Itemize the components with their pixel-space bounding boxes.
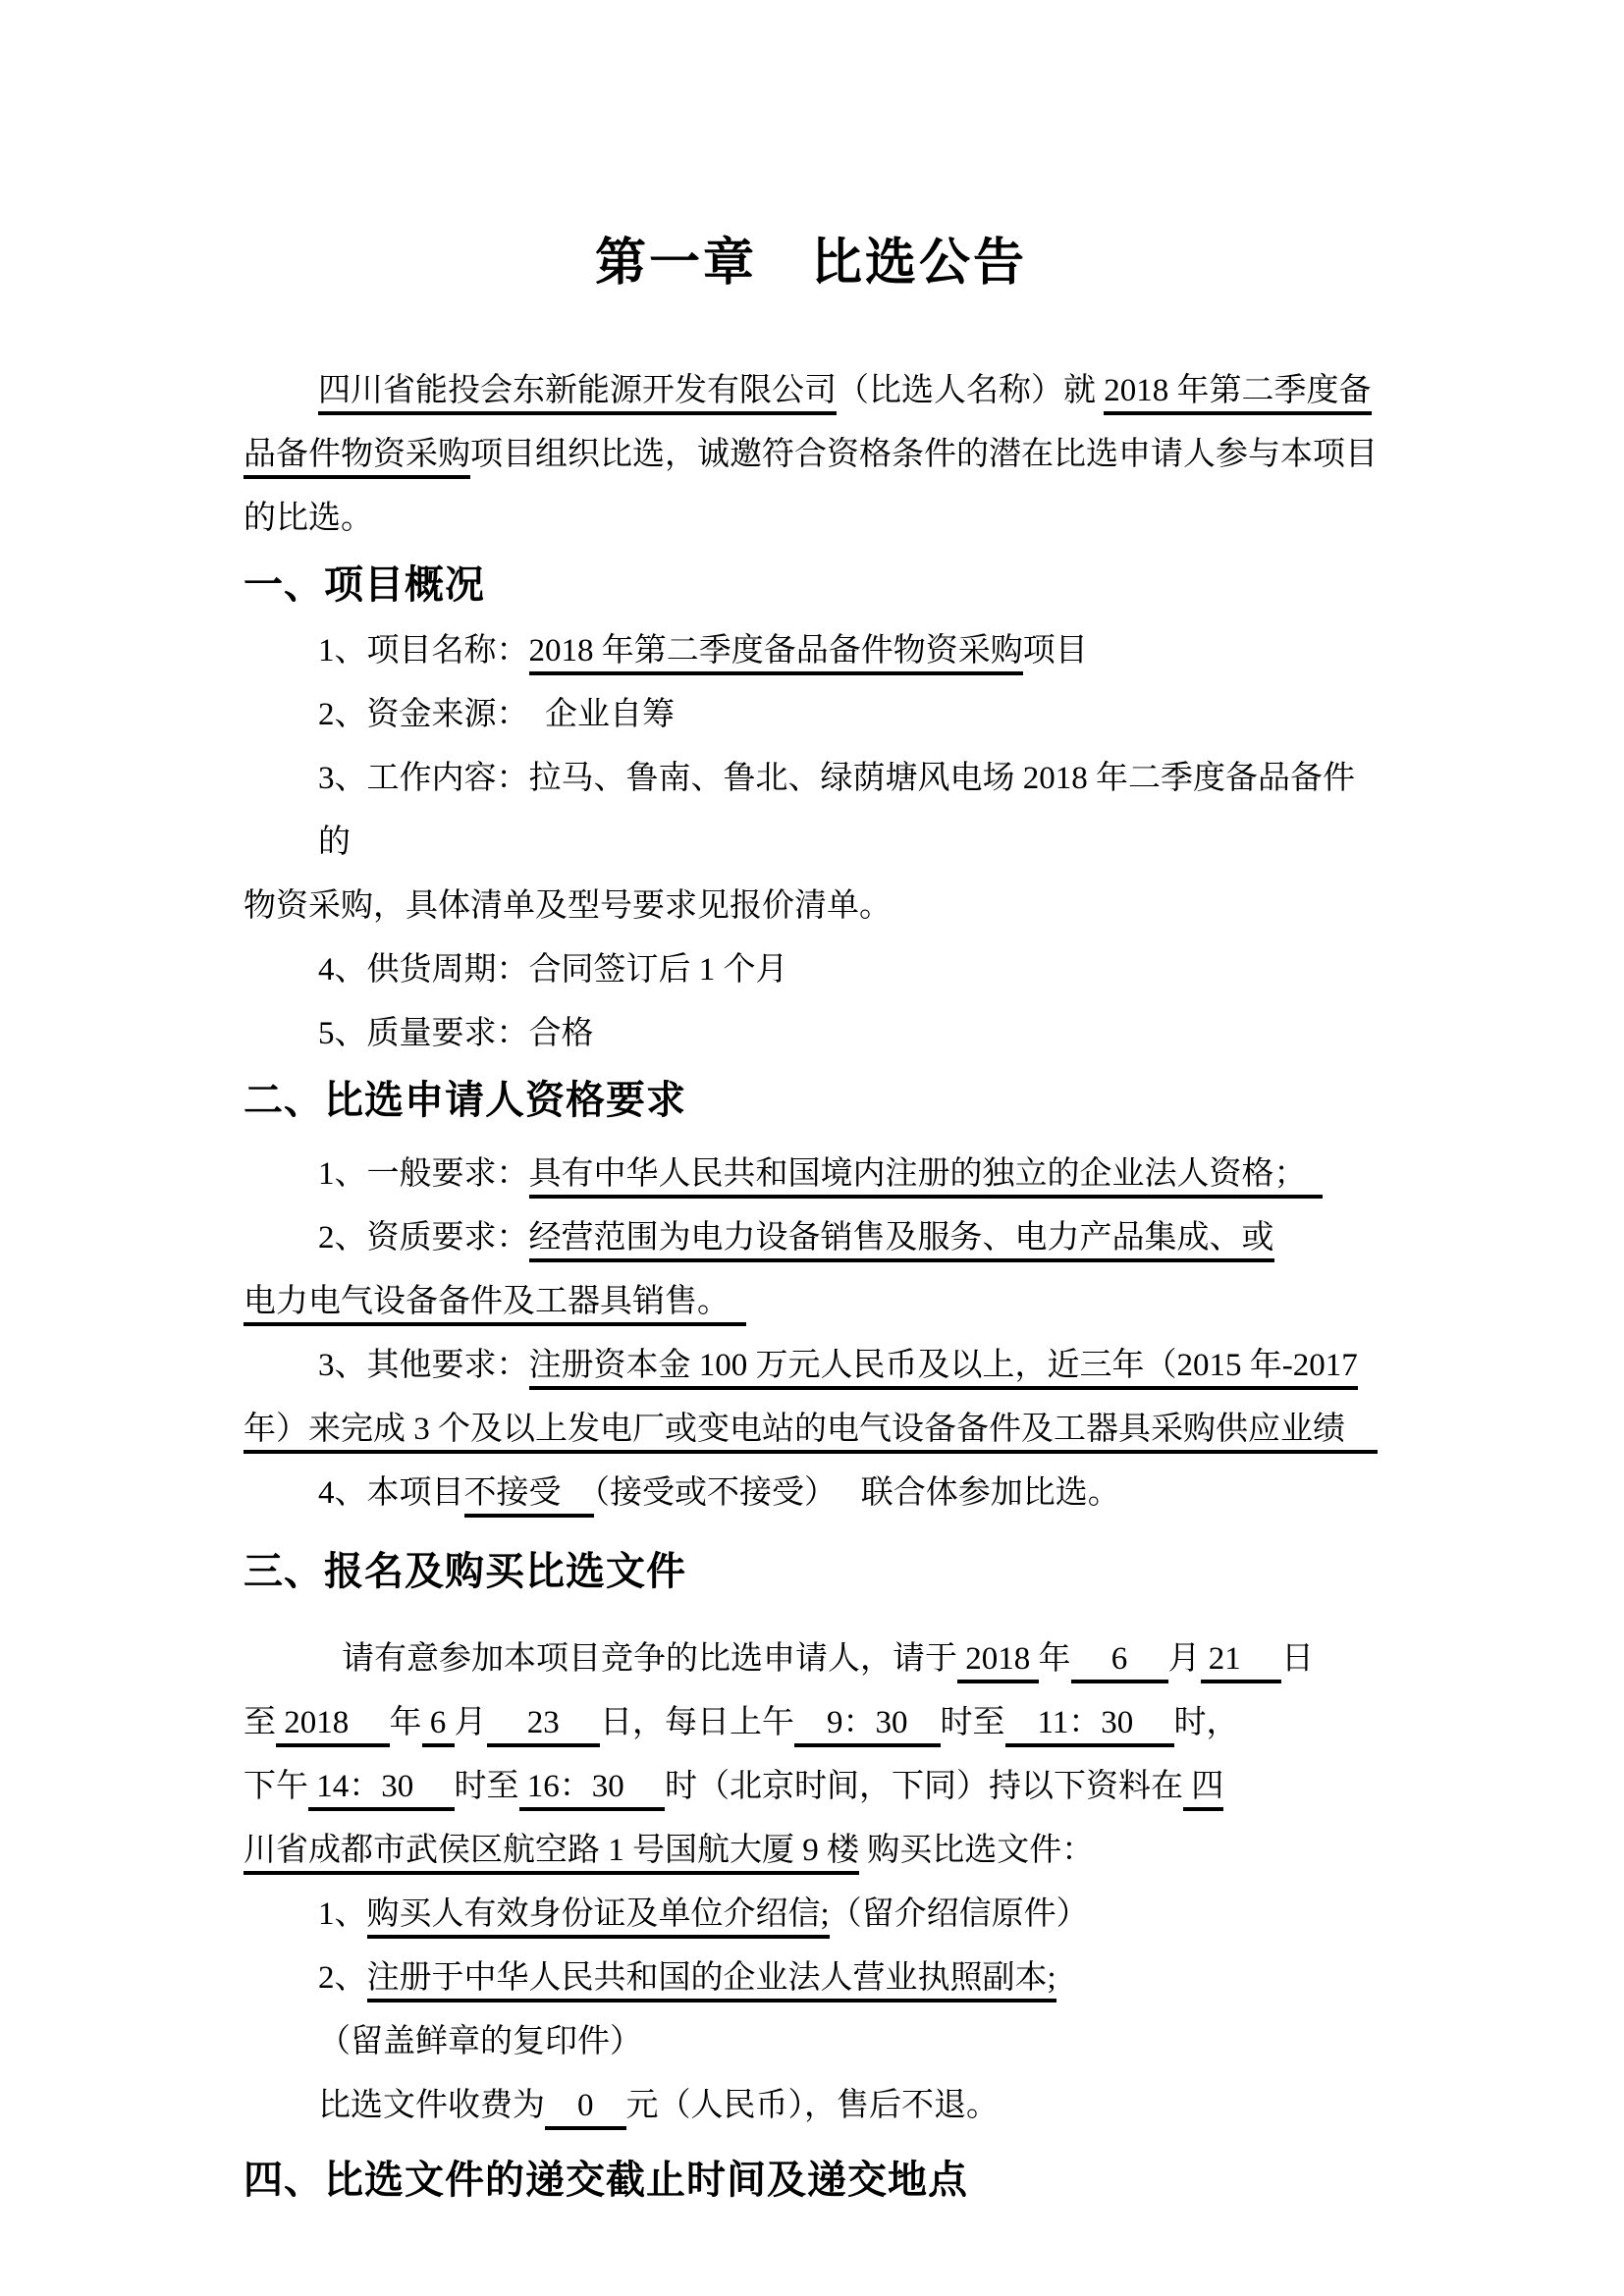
text-segment: 4、本项目 xyxy=(318,1475,464,1511)
text-segment: 月 xyxy=(455,1705,487,1740)
text-line: 川省成都市武侯区航空路 1 号国航大厦 9 楼 购买比选文件： xyxy=(244,1819,1379,1883)
text-segment: 物资采购，具体清单及型号要求见报价清单。 xyxy=(244,888,892,924)
text-segment: 元（人民币），售后不退。 xyxy=(626,2088,1000,2123)
text-line: 电力电气设备备件及工器具销售。 xyxy=(244,1270,1379,1334)
underlined-text: 2018 xyxy=(957,1641,1039,1683)
text-segment: 3、工作内容：拉马、鲁南、鲁北、绿荫塘风电场 2018 年二季度备品备件的 xyxy=(318,761,1355,860)
text-segment: 1、 xyxy=(318,1896,367,1932)
text-line: 1、购买人有效身份证及单位介绍信;（留介绍信原件） xyxy=(244,1883,1379,1947)
underlined-text: 四 xyxy=(1183,1769,1223,1811)
underlined-text: 9：30 xyxy=(794,1705,941,1747)
text-segment: （留介绍信原件） xyxy=(830,1896,1089,1932)
text-segment: 日 xyxy=(1281,1641,1314,1677)
underlined-text: 2018 xyxy=(276,1705,390,1747)
underlined-text: 电力电气设备备件及工器具销售。 xyxy=(244,1284,746,1326)
text-segment: 下午 xyxy=(244,1769,308,1804)
underlined-text: 四川省能投会东新能源开发有限公司 xyxy=(318,373,837,415)
underlined-text: 6 xyxy=(1071,1641,1168,1683)
text-line: 年）来完成 3 个及以上发电厂或变电站的电气设备备件及工器具采购供应业绩 xyxy=(244,1398,1379,1462)
text-line: 4、本项目不接受 （接受或不接受） 联合体参加比选。 xyxy=(244,1462,1379,1525)
text-line: 比选文件收费为 0 元（人民币），售后不退。 xyxy=(244,2074,1379,2138)
text-segment: 请有意参加本项目竞争的比选申请人，请于 xyxy=(342,1641,957,1677)
text-segment: 比选文件收费为 xyxy=(318,2088,545,2123)
text-segment: 时至 xyxy=(455,1769,519,1804)
text-segment: 年 xyxy=(1039,1641,1071,1677)
text-segment: 时（北京时间，下同）持以下资料在 xyxy=(665,1769,1183,1804)
text-segment: 1、一般要求： xyxy=(318,1156,529,1192)
underlined-text: 23 xyxy=(487,1705,601,1747)
underlined-text: 11：30 xyxy=(1005,1705,1174,1747)
text-segment: 购买比选文件： xyxy=(859,1833,1094,1868)
text-line: 1、一般要求：具有中华人民共和国境内注册的独立的企业法人资格； xyxy=(244,1143,1379,1206)
underlined-text: 14：30 xyxy=(308,1769,455,1811)
text-line: 3、其他要求：注册资本金 100 万元人民币及以上，近三年（2015 年-201… xyxy=(244,1334,1379,1398)
document-title: 第一章 比选公告 xyxy=(244,234,1379,294)
section-heading: 四、比选文件的递交截止时间及递交地点 xyxy=(244,2146,1379,2215)
text-segment: 项目 xyxy=(1023,633,1088,668)
section-heading: 一、项目概况 xyxy=(244,551,1379,619)
text-line: 2、资金来源： 企业自筹 xyxy=(244,683,1379,747)
text-line: 至 2018 年 6 月 23 日，每日上午 9：30 时至 11：30 时， xyxy=(244,1691,1379,1755)
section-heading: 二、比选申请人资格要求 xyxy=(244,1066,1379,1135)
underlined-text: 具有中华人民共和国境内注册的独立的企业法人资格； xyxy=(529,1156,1324,1199)
underlined-text: 6 xyxy=(422,1705,455,1747)
text-line: 5、质量要求：合格 xyxy=(244,1002,1379,1066)
text-line: 下午 14：30 时至 16：30 时（北京时间，下同）持以下资料在 四 xyxy=(244,1755,1379,1819)
text-line: 4、供货周期：合同签订后 1 个月 xyxy=(244,938,1379,1002)
text-line: 2、注册于中华人民共和国的企业法人营业执照副本;（留盖鲜章的复印件） xyxy=(244,1947,1379,2074)
underlined-text: 购买人有效身份证及单位介绍信; xyxy=(367,1896,830,1939)
underlined-text: 川省成都市武侯区航空路 1 号国航大厦 9 楼 xyxy=(244,1833,859,1875)
text-line: 请有意参加本项目竞争的比选申请人，请于 2018 年 6 月 21 日 xyxy=(244,1628,1379,1691)
underlined-text: 经营范围为电力设备销售及服务、电力产品集成、或 xyxy=(529,1220,1274,1262)
text-line: 品备件物资采购项目组织比选，诚邀符合资格条件的潜在比选申请人参与本项目 xyxy=(244,423,1379,487)
text-segment: 4、供货周期：合同签订后 1 个月 xyxy=(318,952,788,988)
underlined-text: 2018 年第二季度备品备件物资采购 xyxy=(529,633,1023,675)
underlined-text: 不接受 xyxy=(464,1475,594,1518)
text-segment: 1、项目名称： xyxy=(318,633,529,668)
text-segment: 2、资质要求： xyxy=(318,1220,529,1255)
underlined-text: 0 xyxy=(545,2088,626,2130)
text-line: 2、资质要求：经营范围为电力设备销售及服务、电力产品集成、或 xyxy=(244,1206,1379,1270)
underlined-text: 注册于中华人民共和国的企业法人营业执照副本; xyxy=(367,1960,1056,2002)
text-segment: 日，每日上午 xyxy=(600,1705,794,1740)
text-line: 的比选。 xyxy=(244,487,1379,551)
text-segment: 时至 xyxy=(941,1705,1005,1740)
text-segment: 2、 xyxy=(318,1960,367,1996)
text-segment: 至 xyxy=(244,1705,276,1740)
text-line: 物资采购，具体清单及型号要求见报价清单。 xyxy=(244,875,1379,938)
document-body: 四川省能投会东新能源开发有限公司（比选人名称）就 2018 年第二季度备品备件物… xyxy=(244,359,1379,2215)
text-segment: 5、质量要求：合格 xyxy=(318,1016,594,1051)
text-segment: 2、资金来源： 企业自筹 xyxy=(318,697,675,732)
text-line: 四川省能投会东新能源开发有限公司（比选人名称）就 2018 年第二季度备 xyxy=(244,359,1379,423)
text-segment: 项目组织比选，诚邀符合资格条件的潜在比选申请人参与本项目 xyxy=(470,437,1378,472)
text-segment: 时， xyxy=(1174,1705,1239,1740)
underlined-text: 2018 年第二季度备 xyxy=(1104,373,1371,415)
text-segment: 月 xyxy=(1168,1641,1201,1677)
text-line: 3、工作内容：拉马、鲁南、鲁北、绿荫塘风电场 2018 年二季度备品备件的 xyxy=(244,747,1379,875)
page: 第一章 比选公告 四川省能投会东新能源开发有限公司（比选人名称）就 2018 年… xyxy=(0,0,1624,2296)
underlined-text: 16：30 xyxy=(519,1769,666,1811)
underlined-text: 注册资本金 100 万元人民币及以上，近三年（2015 年-2017 xyxy=(529,1348,1358,1390)
text-segment: 的比选。 xyxy=(244,501,373,536)
text-segment: 年 xyxy=(390,1705,422,1740)
text-segment: （比选人名称）就 xyxy=(837,373,1104,408)
underlined-text: 21 xyxy=(1201,1641,1282,1683)
section-heading: 三、报名及购买比选文件 xyxy=(244,1537,1379,1606)
underlined-text: 年）来完成 3 个及以上发电厂或变电站的电气设备备件及工器具采购供应业绩 xyxy=(244,1412,1378,1454)
underlined-text: 品备件物资采购 xyxy=(244,437,470,479)
text-segment: 3、其他要求： xyxy=(318,1348,529,1383)
text-segment: （留盖鲜章的复印件） xyxy=(318,2024,642,2059)
text-segment: （接受或不接受） 联合体参加比选。 xyxy=(594,1475,1120,1511)
text-line: 1、项目名称：2018 年第二季度备品备件物资采购项目 xyxy=(244,619,1379,683)
